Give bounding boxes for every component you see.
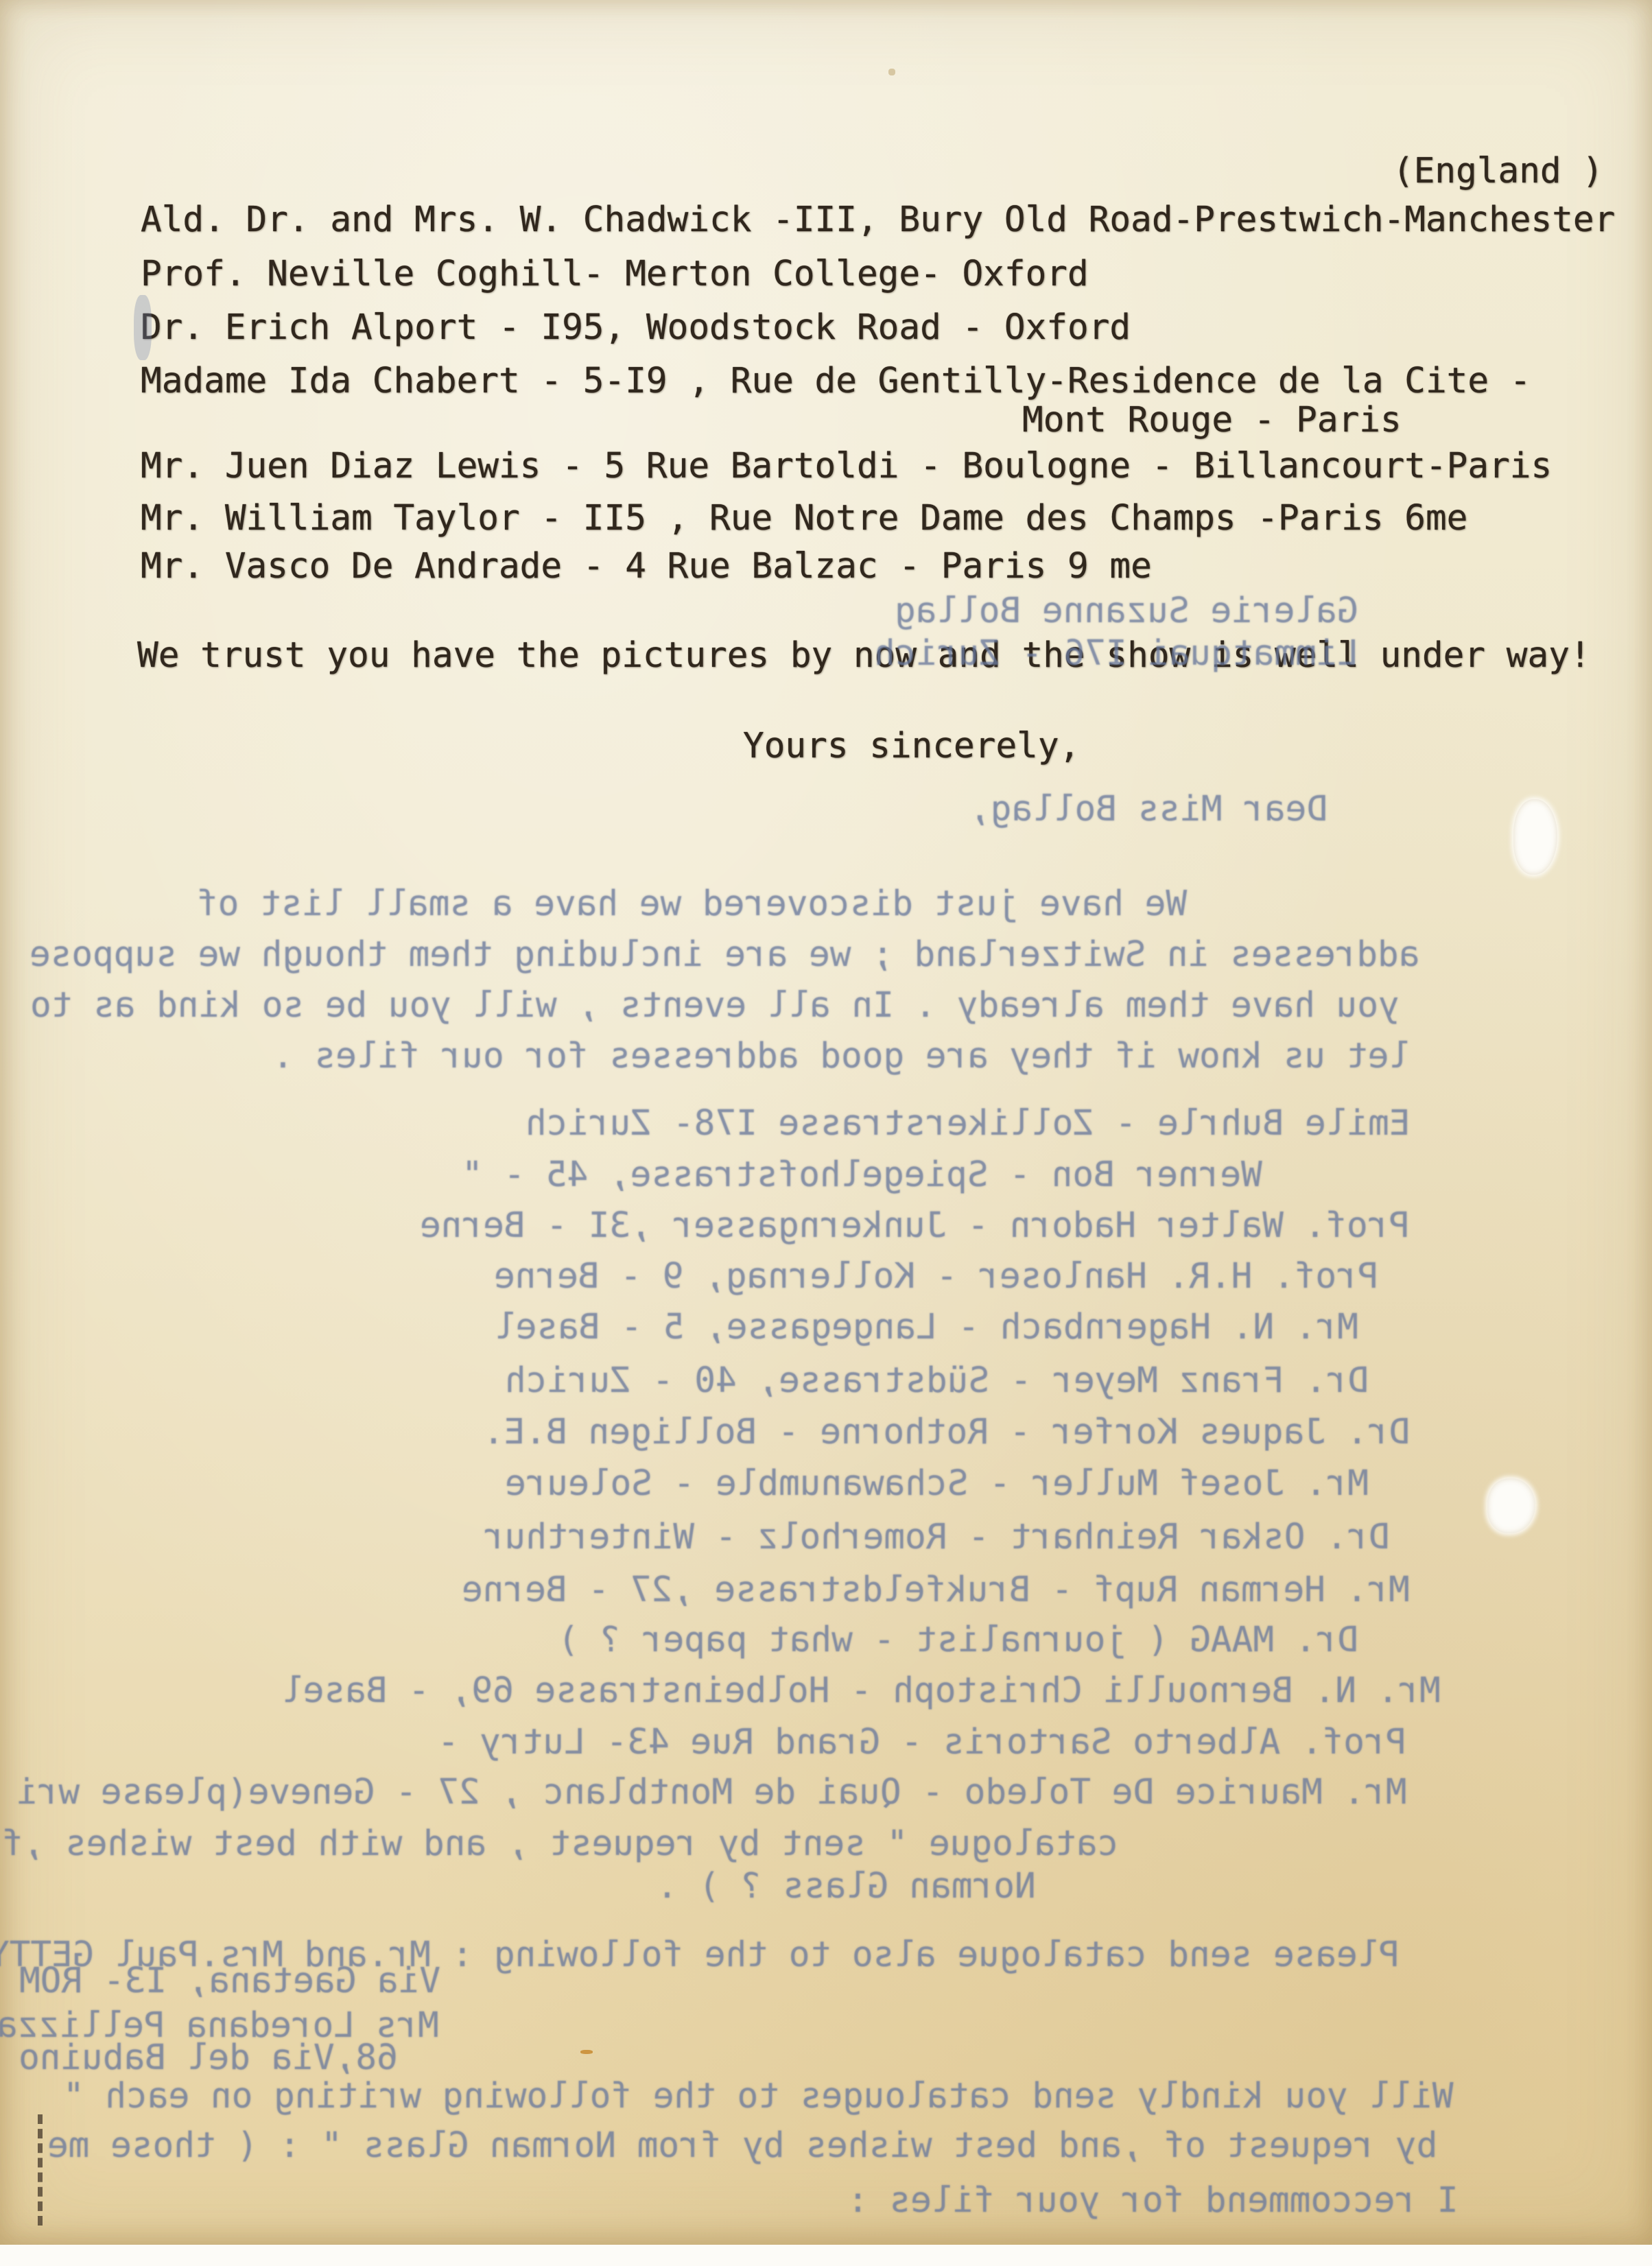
bleed-through-line: catalogue " sent by request , and with b… <box>2 1825 1118 1863</box>
bleed-through-line: Dr. Franz Meyer - Südstrasse, 40 - Zuric… <box>505 1362 1369 1400</box>
typed-line: Dr. Erich Alport - I95, Woodstock Road -… <box>141 309 1131 347</box>
paper-speck <box>580 2050 593 2054</box>
bleed-through-line: Galerie Suzanne Bollag <box>895 592 1358 630</box>
scan-background-strip <box>0 2245 1652 2266</box>
bleed-through-line: Dr. MAAG ( journalist - what paper ? ) <box>558 1621 1358 1660</box>
bleed-through-line: Mr. Maurice De Toledo - Quai de Montblan… <box>16 1773 1407 1812</box>
bleed-through-line: by request of ,and best wishes by from N… <box>47 2127 1438 2165</box>
bleed-through-line: Prof. Walter Hadorn - Junkerngasser ,3I … <box>420 1207 1410 1245</box>
typed-line: Yours sincerely, <box>743 727 1080 766</box>
page-edge-mark <box>38 2114 43 2226</box>
typed-line: Madame Ida Chabert - 5-I9 , Rue de Genti… <box>141 362 1531 401</box>
bleed-through-line: Werner Bon - Spiegelhofstrasse, 45 - " <box>462 1156 1262 1194</box>
bleed-through-line: Emile Buhrle - Zollikerstrasse I78- Zuri… <box>526 1105 1411 1143</box>
bleed-through-line: Mr. Josef Muller - Schawanumble - Soleur… <box>505 1465 1369 1503</box>
bleed-through-line: Via Gaetana, I3- ROM <box>19 1962 440 2001</box>
typed-line: Mont Rouge - Paris <box>1022 401 1402 440</box>
bleed-through-line: Dr. Jaques Korfer - Rothorne - Bolligen … <box>483 1413 1410 1452</box>
bleed-through-line: addresses in Switzerland ; we are includ… <box>29 936 1420 974</box>
typed-line: Mr. William Taylor - II5 , Rue Notre Dam… <box>141 499 1467 538</box>
bleed-through-line: 68,Via del Babuino - <box>0 2039 398 2077</box>
bleed-through-line: Dr. Oskar Reinhart - Romerholz - Wintert… <box>484 1518 1389 1557</box>
bleed-through-line: Will you kindly send catalouges to the f… <box>63 2077 1454 2116</box>
bleed-through-line: Prof. Alberto Sartoris - Grand Rue 43- L… <box>438 1723 1406 1762</box>
typed-line: Prof. Neville Coghill- Merton College- O… <box>141 255 1089 294</box>
typed-line: Ald. Dr. and Mrs. W. Chadwick -III, Bury… <box>141 201 1615 239</box>
bleed-through-line: Limmatquai I76 - Zurich <box>874 635 1358 673</box>
bleed-through-line: Mr. N. Bernoulli Christoph - Holbeinstra… <box>282 1672 1441 1710</box>
typed-line: Mr. Juen Diaz Lewis - 5 Rue Bartoldi - B… <box>141 447 1552 486</box>
bleed-through-line: you have them already . In all events , … <box>30 987 1400 1025</box>
bleed-through-line: Mr. Herman Rupf - Brukfeldstrasse ,27 - … <box>462 1571 1410 1609</box>
bleed-through-line: let us know if they are good addresses f… <box>272 1037 1410 1076</box>
bleed-through-line: I reccommend for your files : <box>847 2182 1458 2220</box>
paper-speck <box>134 295 152 360</box>
bleed-through-line: Norman Glass ? ) . <box>657 1867 1036 1906</box>
torn-hole <box>1487 1478 1535 1533</box>
bleed-through-line: Mr. N. Hagernbach - Langegasse, 5 - Base… <box>495 1308 1358 1347</box>
typed-line: (England ) <box>1393 152 1603 191</box>
torn-hole <box>1513 799 1557 875</box>
bleed-through-line: We have just discovered we have a small … <box>197 885 1187 923</box>
bleed-through-line: Dear Miss Bollag, <box>969 790 1327 829</box>
document-page: (England )Ald. Dr. and Mrs. W. Chadwick … <box>0 0 1652 2245</box>
bleed-through-line: Prof. H.R. Hanloser - Kollernag, 9 - Ber… <box>494 1258 1379 1296</box>
paper-speck <box>888 69 895 75</box>
typed-line: We trust you have the pictures by now an… <box>137 637 1591 675</box>
typed-line: Mr. Vasco De Andrade - 4 Rue Balzac - Pa… <box>141 547 1152 586</box>
